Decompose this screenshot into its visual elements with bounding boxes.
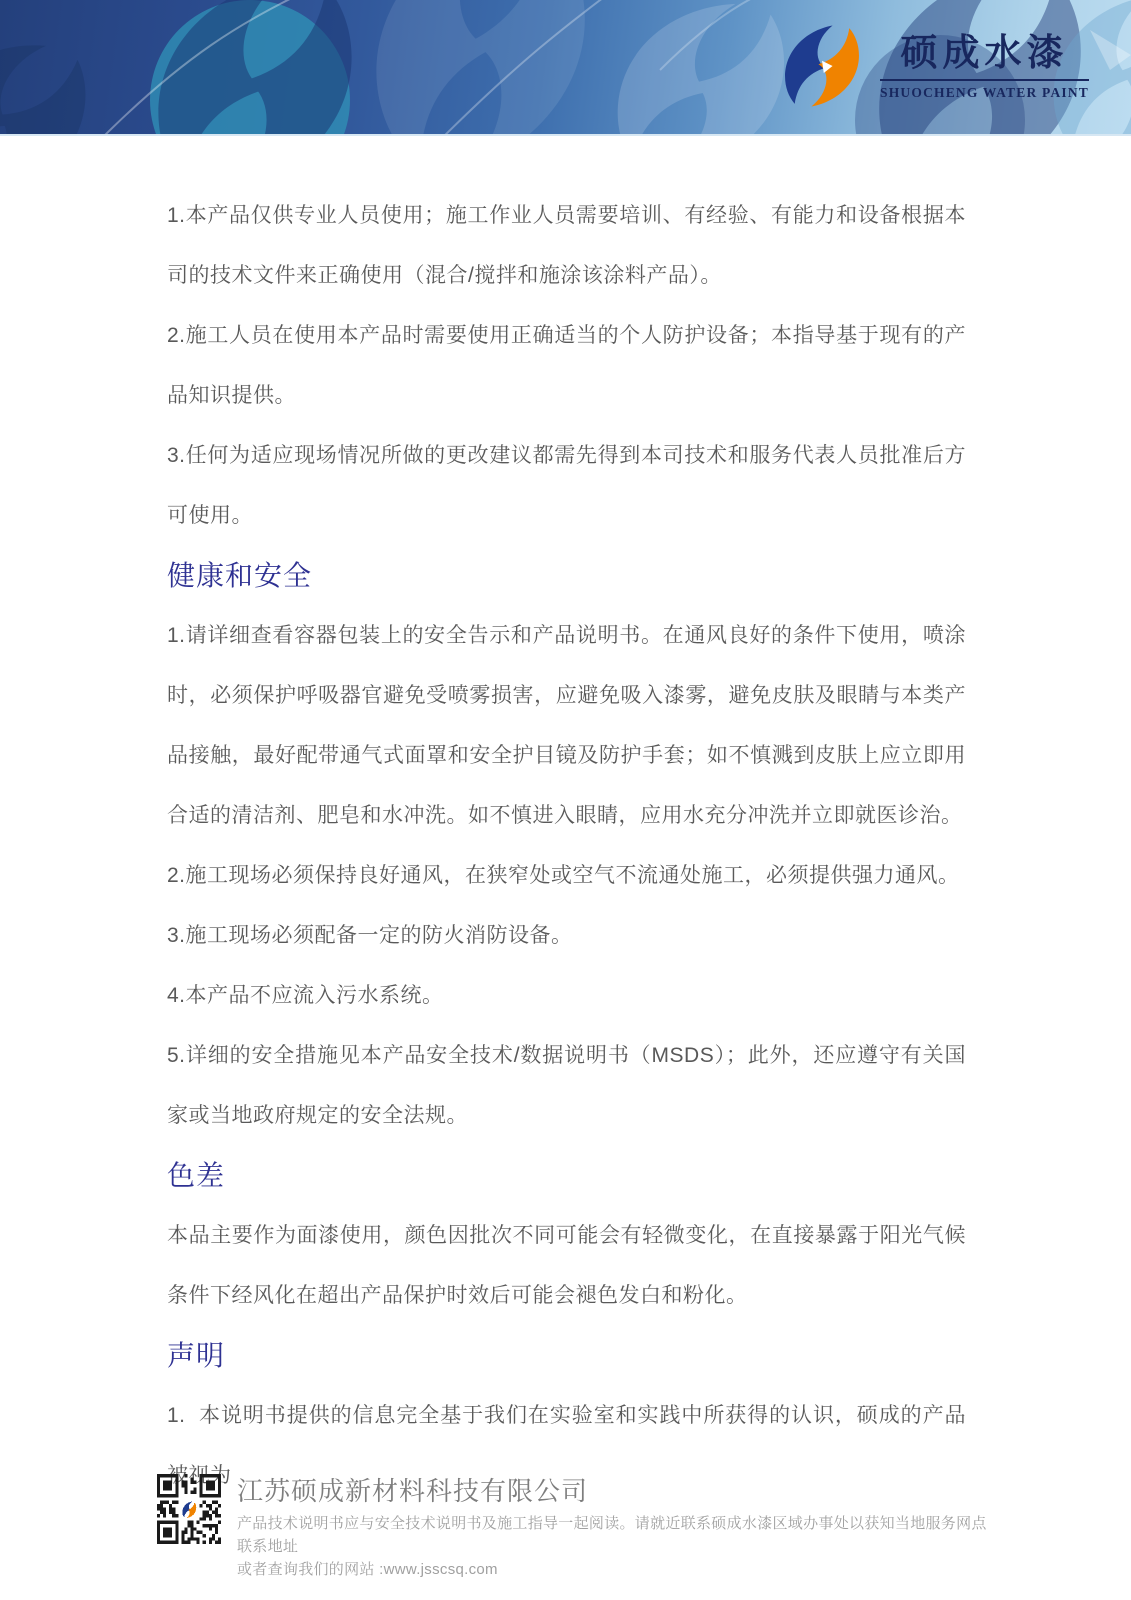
- brand-divider: [880, 79, 1089, 81]
- health-safety-item: 1.请详细查看容器包装上的安全告示和产品说明书。在通风良好的条件下使用，喷涂时，…: [167, 606, 966, 846]
- page-footer: 江苏硕成新材料科技有限公司 产品技术说明书应与安全技术说明书及施工指导一起阅读。…: [157, 1474, 987, 1581]
- brand-swirl-icon: [778, 20, 866, 112]
- brand-logo: 硕成水漆 SHUOCHENG WATER PAINT: [778, 20, 1089, 112]
- health-safety-item: 3.施工现场必须配备一定的防火消防设备。: [167, 906, 966, 966]
- document-body: 1.本产品仅供专业人员使用；施工作业人员需要培训、有经验、有能力和设备根据本司的…: [167, 134, 966, 1506]
- intro-paragraph: 3.任何为适应现场情况所做的更改建议都需先得到本司技术和服务代表人员批准后方可使…: [167, 426, 966, 546]
- section-heading-color-difference: 色差: [167, 1146, 966, 1206]
- page-header-banner: 硕成水漆 SHUOCHENG WATER PAINT: [0, 0, 1131, 136]
- health-safety-item: 5.详细的安全措施见本产品安全技术/数据说明书（MSDS）；此外，还应遵守有关国…: [167, 1026, 966, 1146]
- footer-note-line1: 产品技术说明书应与安全技术说明书及施工指导一起阅读。请就近联系硕成水漆区域办事处…: [237, 1512, 987, 1558]
- brand-name-cn: 硕成水漆: [901, 31, 1069, 77]
- section-heading-health-safety: 健康和安全: [167, 546, 966, 606]
- section-heading-statement: 声明: [167, 1326, 966, 1386]
- health-safety-item: 4.本产品不应流入污水系统。: [167, 966, 966, 1026]
- footer-note-line2: 或者查询我们的网站 :www.jsscsq.com: [237, 1558, 987, 1581]
- health-safety-item: 2.施工现场必须保持良好通风，在狭窄处或空气不流通处施工，必须提供强力通风。: [167, 846, 966, 906]
- brand-name-en: SHUOCHENG WATER PAINT: [880, 85, 1089, 101]
- qr-code-icon: [157, 1474, 221, 1544]
- company-name: 江苏硕成新材料科技有限公司: [237, 1474, 987, 1508]
- color-difference-paragraph: 本品主要作为面漆使用，颜色因批次不同可能会有轻微变化，在直接暴露于阳光气候条件下…: [167, 1206, 966, 1326]
- intro-paragraph: 1.本产品仅供专业人员使用；施工作业人员需要培训、有经验、有能力和设备根据本司的…: [167, 186, 966, 306]
- intro-paragraph: 2.施工人员在使用本产品时需要使用正确适当的个人防护设备；本指导基于现有的产品知…: [167, 306, 966, 426]
